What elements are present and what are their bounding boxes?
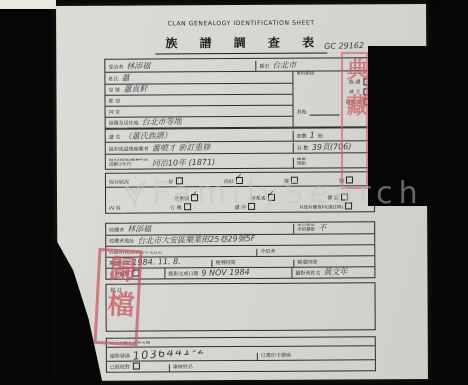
holder-address-field: 收藏者地址 台北市大安區樂業街25巷29號5F xyxy=(106,234,374,245)
field-value: 同治10年 (1871) xyxy=(151,158,215,168)
content-options-row2: 行 傳 ✓ 譜 序 ✓ 其他有關資料(請註明) ✓ xyxy=(148,202,374,212)
field-label: 攝影者姓名 xyxy=(295,271,320,277)
field-value: 台北市等地 xyxy=(142,117,182,127)
field-label: 郡 望 xyxy=(109,99,121,105)
form-title-zh: 族 譜 調 查 表 xyxy=(155,34,327,55)
compiler-field: 最初或最後編纂者 蕭噴才 新訂重修 xyxy=(106,143,293,154)
condition-label-cell: 保存狀況 xyxy=(106,179,148,186)
proofread-field: 已經校對 ✓ xyxy=(107,362,169,371)
interviewee-field: 受訪者 林添福 xyxy=(105,61,255,72)
field-label: 縣市 xyxy=(259,64,269,70)
field-label: 地點 xyxy=(297,162,306,167)
option-label: 其他有關資料(請註明) xyxy=(299,206,343,211)
film-number-field: 縮影號碼 1036441-2 xyxy=(107,350,257,361)
field-value: 9 NOV 1984 xyxy=(201,268,249,278)
seal-text: 歸檔 xyxy=(102,254,136,325)
field-label: 冊數 xyxy=(297,134,307,140)
option-label: 好 xyxy=(169,179,174,185)
field-value: 黃文年 xyxy=(323,267,347,276)
checkmark: ✓ xyxy=(236,173,243,181)
field-label: 審核姓名 xyxy=(173,364,193,370)
field-label: 頁 數 xyxy=(297,146,309,152)
field-label: 最初或最後編纂者 xyxy=(109,146,149,152)
checkbox-preface: ✓ xyxy=(248,203,255,210)
blank-line xyxy=(310,109,340,115)
field-value: 台北市 xyxy=(272,61,296,71)
field-value: 1 xyxy=(310,131,315,140)
section-office-use: 以下各欄本組專用欄 縮影號碼 1036441-2 已複印卡號碼 已經校對 ✓ xyxy=(106,336,376,372)
lend-field: 是否願意 出借攝影 不 xyxy=(293,223,374,233)
field-label: 姓氏 xyxy=(108,77,118,83)
section-remarks: 附 註 xyxy=(105,282,375,331)
field-label-2line: 編纂 地點 xyxy=(297,158,306,167)
reviewer-field: 審核姓名 xyxy=(169,363,375,371)
background-notch-right xyxy=(368,46,468,206)
film-date-field: 縮影完成日期 9 NOV 1984 xyxy=(164,268,291,279)
checkbox-records: ✓ xyxy=(184,203,191,210)
checkbox-other-material: ✓ xyxy=(345,202,352,209)
condition-option: 好 ✓ xyxy=(169,177,183,185)
field-label: 內 容 xyxy=(109,206,121,212)
field-label: 收藏者地址 xyxy=(109,239,134,245)
content-label-cell: 內 容 xyxy=(106,205,148,212)
scan-edge-strip xyxy=(0,0,56,9)
copy-card-field: 已複印卡號碼 xyxy=(257,352,375,360)
checkbox-proofread: ✓ xyxy=(133,363,140,370)
field-label: 縮影號碼 xyxy=(110,354,130,360)
red-archive-seal-right: 典藏 xyxy=(341,52,368,189)
seal-text: 典藏 xyxy=(343,58,367,130)
section-basic-info: 受訪者 林添福 縣市 台北市 姓氏 蕭 堂 號 蕭直軒 xyxy=(104,57,374,128)
field-value: 林添福 xyxy=(127,224,151,234)
photographer-field: 攝影者姓名 黃文年 xyxy=(291,267,374,277)
checkbox-pedigree-chart: ✓ xyxy=(191,194,198,201)
photo-background: CLAN GENEALOGY IDENTIFICATION SHEET 族 譜 … xyxy=(0,0,468,385)
genealogy-title-field: 譜 名 （蕭氏族譜） xyxy=(106,131,293,142)
reference-number: GC 29162 xyxy=(324,41,364,51)
field-value: 1036441-2 xyxy=(132,350,206,361)
section-genealogy-info: 譜 名 （蕭氏族譜） 冊數 1 冊 最初或最後編纂者 蕭噴才 新訂重修 頁 數 … xyxy=(105,127,375,169)
field-label: 保存狀況 xyxy=(109,180,129,186)
field-label: 堂 號 xyxy=(108,88,120,94)
field-label-2line: 最初(最後)編纂時間 或顯示年代 xyxy=(109,158,149,167)
content-options: 世系圖 ✓ 世系表 ✓ 傳 記 ✓ 行 傳 ✓ xyxy=(148,193,374,212)
red-archive-seal-bottom-left: 歸檔 xyxy=(94,248,143,346)
option-label: 譜 序 xyxy=(235,205,247,211)
field-label: 受訪者 xyxy=(108,65,123,71)
origin-field: 祖籍及居住地 台北市等地 xyxy=(106,117,185,127)
surname-field: 姓氏 蕭 xyxy=(105,74,132,84)
option-label: 壞 xyxy=(284,179,289,185)
unit-label: 冊 xyxy=(318,134,323,140)
checkbox-good: ✓ xyxy=(176,177,183,184)
checkbox-fair: ✓ xyxy=(236,177,243,184)
compile-date-field: 最初(最後)編纂時間 或顯示年代 同治10年 (1871) xyxy=(106,158,293,169)
checkmark: ✓ xyxy=(268,190,275,198)
form-title-en: CLAN GENEALOGY IDENTIFICATION SHEET xyxy=(56,19,426,28)
field-label: 縮影完成日期 xyxy=(168,271,198,277)
field-value: （蕭氏族譜） xyxy=(123,131,171,141)
section-condition-contents: 保存狀況 好 ✓ 尚好 ✓ 壞 ✓ 缺 ✓ xyxy=(105,171,375,213)
field-label: 譜 名 xyxy=(109,135,121,141)
content-option: 譜 序 ✓ xyxy=(235,203,256,211)
field-label: 歸還時間 xyxy=(297,260,317,266)
content-option: 世系圖 ✓ xyxy=(174,194,198,202)
checkbox-pedigree-table: ✓ xyxy=(268,194,275,201)
shrine-field: 祠 堂 xyxy=(106,110,127,117)
condition-option: 尚好 ✓ xyxy=(224,177,243,185)
section-holder-info: 收藏者 林添福 是否願意 出借攝影 不 收藏者地址 台北市大安區樂業街25巷29… xyxy=(105,221,375,279)
content-option: 傳 記 ✓ xyxy=(327,193,348,201)
field-label: 祠 堂 xyxy=(109,110,121,116)
field-value: 蕭直軒 xyxy=(123,84,147,93)
checkbox-biography: ✓ xyxy=(341,193,348,200)
option-label: 其他 xyxy=(297,109,307,115)
checkbox-poor: ✓ xyxy=(291,177,298,184)
field-label: 祖籍及居住地 xyxy=(109,121,139,127)
field-label: 出借攝影 xyxy=(297,228,315,233)
option-label: 尚好 xyxy=(224,179,234,185)
field-value: 台北市大安區樂業街25巷29號5F xyxy=(137,234,255,245)
field-label: 已經校對 xyxy=(110,365,130,371)
field-value: 不 xyxy=(318,223,326,232)
option-label: 世系圖 xyxy=(174,196,189,202)
return-time-field: 歸還時間 xyxy=(293,259,374,266)
checkmark: ✓ xyxy=(191,190,198,198)
content-option: 行 傳 ✓ xyxy=(170,203,191,211)
field-value: 蕭噴才 新訂重修 xyxy=(152,143,211,153)
content-option: 其他有關資料(請註明) ✓ xyxy=(299,202,352,210)
condition-option: 壞 ✓ xyxy=(284,177,298,185)
field-label: 或顯示年代 xyxy=(109,163,149,168)
field-label-2line: 是否願意 出借攝影 xyxy=(297,224,315,233)
holder-field: 收藏者 林添福 xyxy=(106,224,293,235)
prefecture-field: 郡 望 xyxy=(106,99,127,106)
introducer-field: 介紹者 xyxy=(256,248,374,256)
field-label: 收藏者 xyxy=(109,228,124,234)
rephoto-time-field: 複照時間 xyxy=(211,260,293,267)
content-option: 世系表 ✓ xyxy=(251,194,275,202)
hall-name-field: 堂 號 蕭直軒 xyxy=(105,84,150,94)
field-label: 已複印卡號碼 xyxy=(261,353,291,359)
field-label: 複照時間 xyxy=(215,260,235,266)
option-label: 行 傳 xyxy=(170,205,182,211)
field-value: 蕭 xyxy=(121,74,129,83)
option-label: 傳 記 xyxy=(327,195,339,201)
field-label: 介紹者 xyxy=(260,249,275,255)
option-label: 世系表 xyxy=(251,196,266,202)
field-value: 林添福 xyxy=(126,61,150,71)
